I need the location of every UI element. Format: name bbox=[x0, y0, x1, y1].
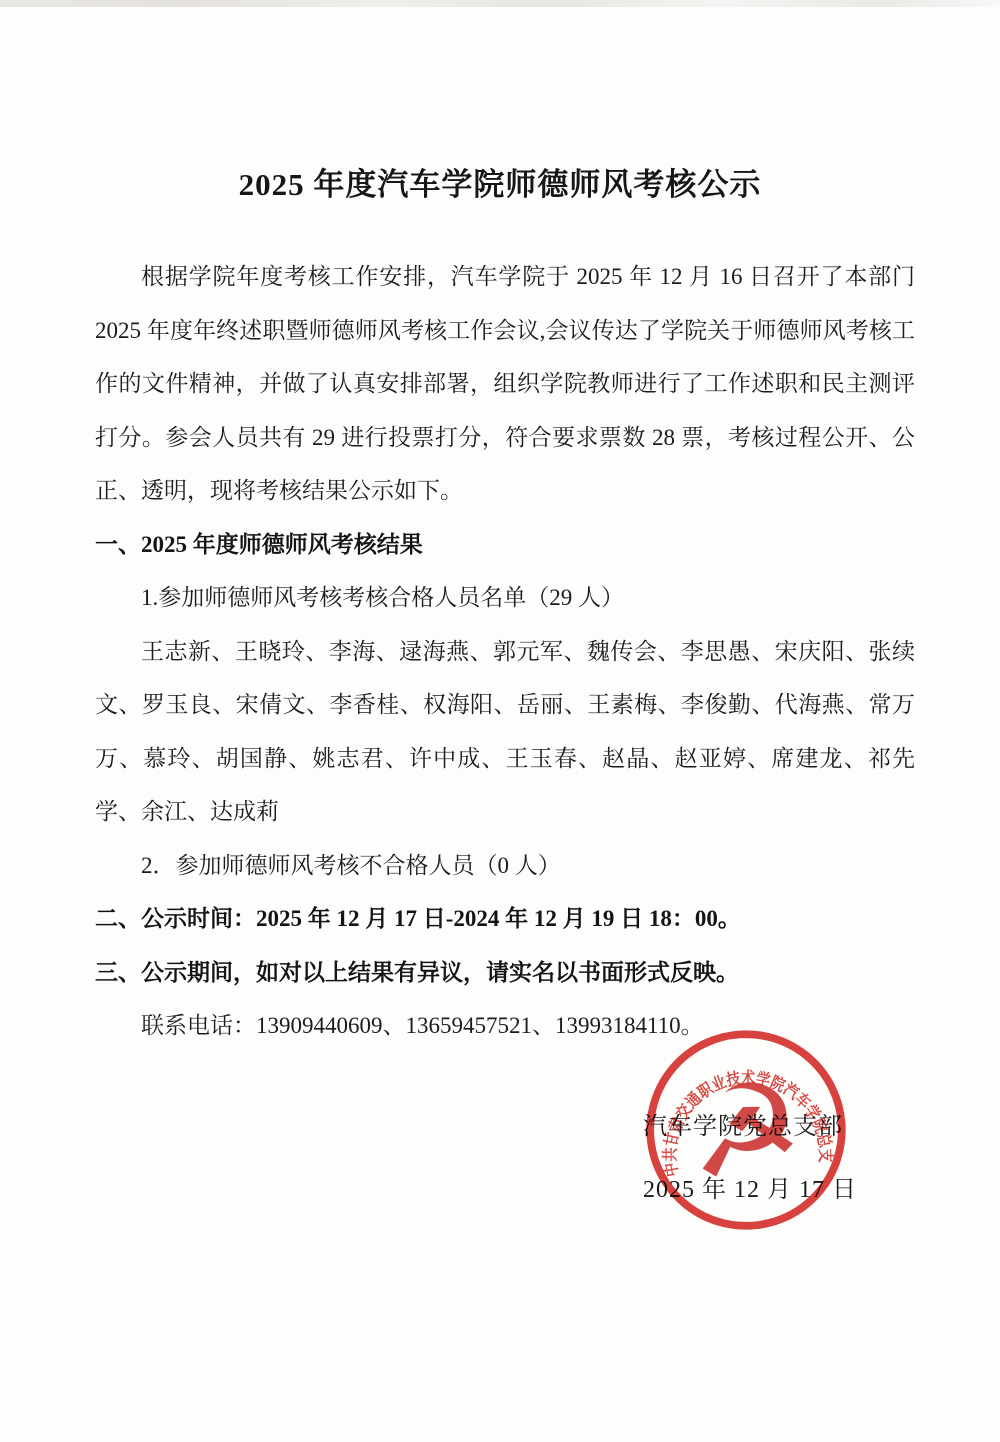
document-page: 2025 年度汽车学院师德师风考核公示 根据学院年度考核工作安排，汽车学院于 2… bbox=[0, 0, 1000, 1442]
contact-phones: 联系电话：13909440609、13659457521、13993184110… bbox=[95, 999, 915, 1053]
signature-block: 汽车学院党总支部 2025 年 12 月 17 日 bbox=[643, 1106, 857, 1204]
section1-heading: 一、2025 年度师德师风考核结果 bbox=[95, 518, 915, 572]
section3-objection-notice: 三、公示期间，如对以上结果有异议，请实名以书面形式反映。 bbox=[95, 946, 915, 1000]
scan-artifact-strip bbox=[0, 0, 1000, 7]
signature-organization: 汽车学院党总支部 bbox=[643, 1106, 857, 1141]
document-title: 2025 年度汽车学院师德师风考核公示 bbox=[0, 159, 1000, 204]
qualified-list-heading: 1.参加师德师风考核考核合格人员名单（29 人） bbox=[95, 571, 915, 625]
section2-publicity-period: 二、公示时间：2025 年 12 月 17 日-2024 年 12 月 19 日… bbox=[95, 892, 915, 946]
unqualified-list-heading: 2．参加师德师风考核不合格人员（0 人） bbox=[95, 839, 915, 893]
intro-paragraph: 根据学院年度考核工作安排，汽车学院于 2025 年 12 月 16 日召开了本部… bbox=[95, 250, 915, 518]
signature-date: 2025 年 12 月 17 日 bbox=[643, 1169, 857, 1204]
document-body: 根据学院年度考核工作安排，汽车学院于 2025 年 12 月 16 日召开了本部… bbox=[95, 250, 915, 1053]
qualified-names-list: 王志新、王晓玲、李海、逯海燕、郭元军、魏传会、李思愚、宋庆阳、张续文、罗玉良、宋… bbox=[95, 625, 915, 839]
